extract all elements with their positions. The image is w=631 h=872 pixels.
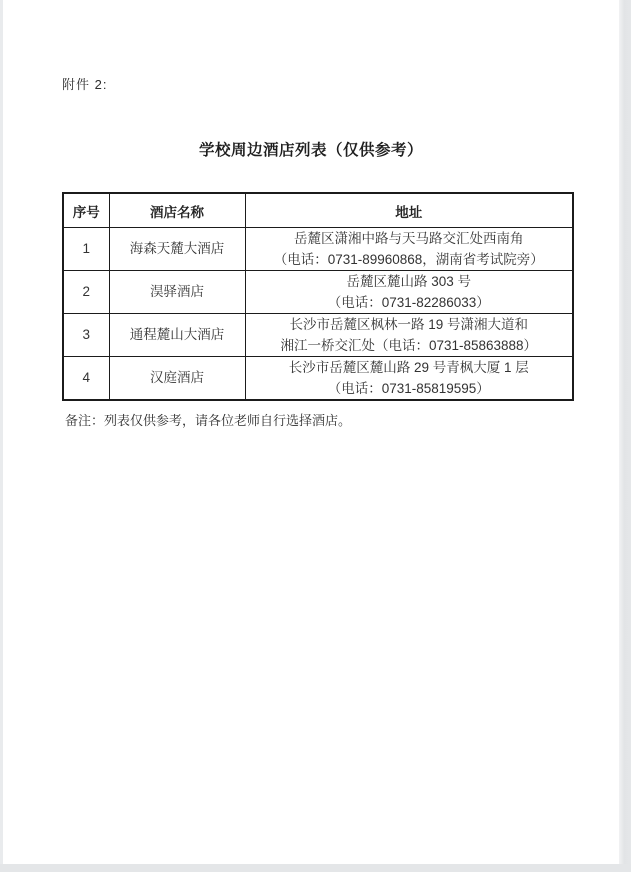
address-line: 湘江一桥交汇处（电话：0731-85863888）	[248, 335, 571, 356]
header-no: 序号	[63, 193, 109, 228]
hotel-name-cell: 汉庭酒店	[109, 357, 245, 401]
row-number-cell: 4	[63, 357, 109, 401]
address-line: （电话：0731-82286033）	[248, 292, 571, 313]
address-cell: 长沙市岳麓区枫林一路 19 号潇湘大道和 湘江一桥交汇处（电话：0731-858…	[245, 314, 573, 357]
address-cell: 长沙市岳麓区麓山路 29 号青枫大厦 1 层 （电话：0731-85819595…	[245, 357, 573, 401]
address-line: 岳麓区麓山路 303 号	[248, 271, 571, 292]
hotel-name-cell: 淏驿酒店	[109, 271, 245, 314]
table-row: 4 汉庭酒店 长沙市岳麓区麓山路 29 号青枫大厦 1 层 （电话：0731-8…	[63, 357, 573, 401]
table-row: 1 海森天麓大酒店 岳麓区潇湘中路与天马路交汇处西南角 （电话：0731-899…	[63, 228, 573, 271]
document-page: { "page": { "attachment_label": "附件 2:",…	[0, 0, 631, 872]
address-line: 长沙市岳麓区麓山路 29 号青枫大厦 1 层	[248, 357, 571, 378]
header-hotel-name: 酒店名称	[109, 193, 245, 228]
hotel-name-cell: 通程麓山大酒店	[109, 314, 245, 357]
attachment-label: 附件 2:	[62, 74, 107, 93]
table-row: 2 淏驿酒店 岳麓区麓山路 303 号 （电话：0731-82286033）	[63, 271, 573, 314]
row-number-cell: 3	[63, 314, 109, 357]
document-title: 学校周边酒店列表（仅供参考）	[0, 138, 622, 160]
row-number-cell: 2	[63, 271, 109, 314]
table-header-row: 序号 酒店名称 地址	[63, 193, 573, 228]
address-line: （电话：0731-89960868，湖南省考试院旁）	[248, 249, 571, 270]
hotel-name-cell: 海森天麓大酒店	[109, 228, 245, 271]
page-edge-left	[0, 0, 3, 872]
address-line: 岳麓区潇湘中路与天马路交汇处西南角	[248, 228, 571, 249]
header-address: 地址	[245, 193, 573, 228]
address-cell: 岳麓区潇湘中路与天马路交汇处西南角 （电话：0731-89960868，湖南省考…	[245, 228, 573, 271]
table-row: 3 通程麓山大酒店 长沙市岳麓区枫林一路 19 号潇湘大道和 湘江一桥交汇处（电…	[63, 314, 573, 357]
page-edge-bottom	[0, 864, 631, 872]
hotel-table: 序号 酒店名称 地址 1 海森天麓大酒店 岳麓区潇湘中路与天马路交汇处西南角 （…	[62, 192, 574, 401]
address-line: （电话：0731-85819595）	[248, 378, 571, 399]
note-text: 备注：列表仅供参考，请各位老师自行选择酒店。	[65, 410, 351, 429]
address-cell: 岳麓区麓山路 303 号 （电话：0731-82286033）	[245, 271, 573, 314]
address-line: 长沙市岳麓区枫林一路 19 号潇湘大道和	[248, 314, 571, 335]
row-number-cell: 1	[63, 228, 109, 271]
page-edge-right	[619, 0, 631, 872]
